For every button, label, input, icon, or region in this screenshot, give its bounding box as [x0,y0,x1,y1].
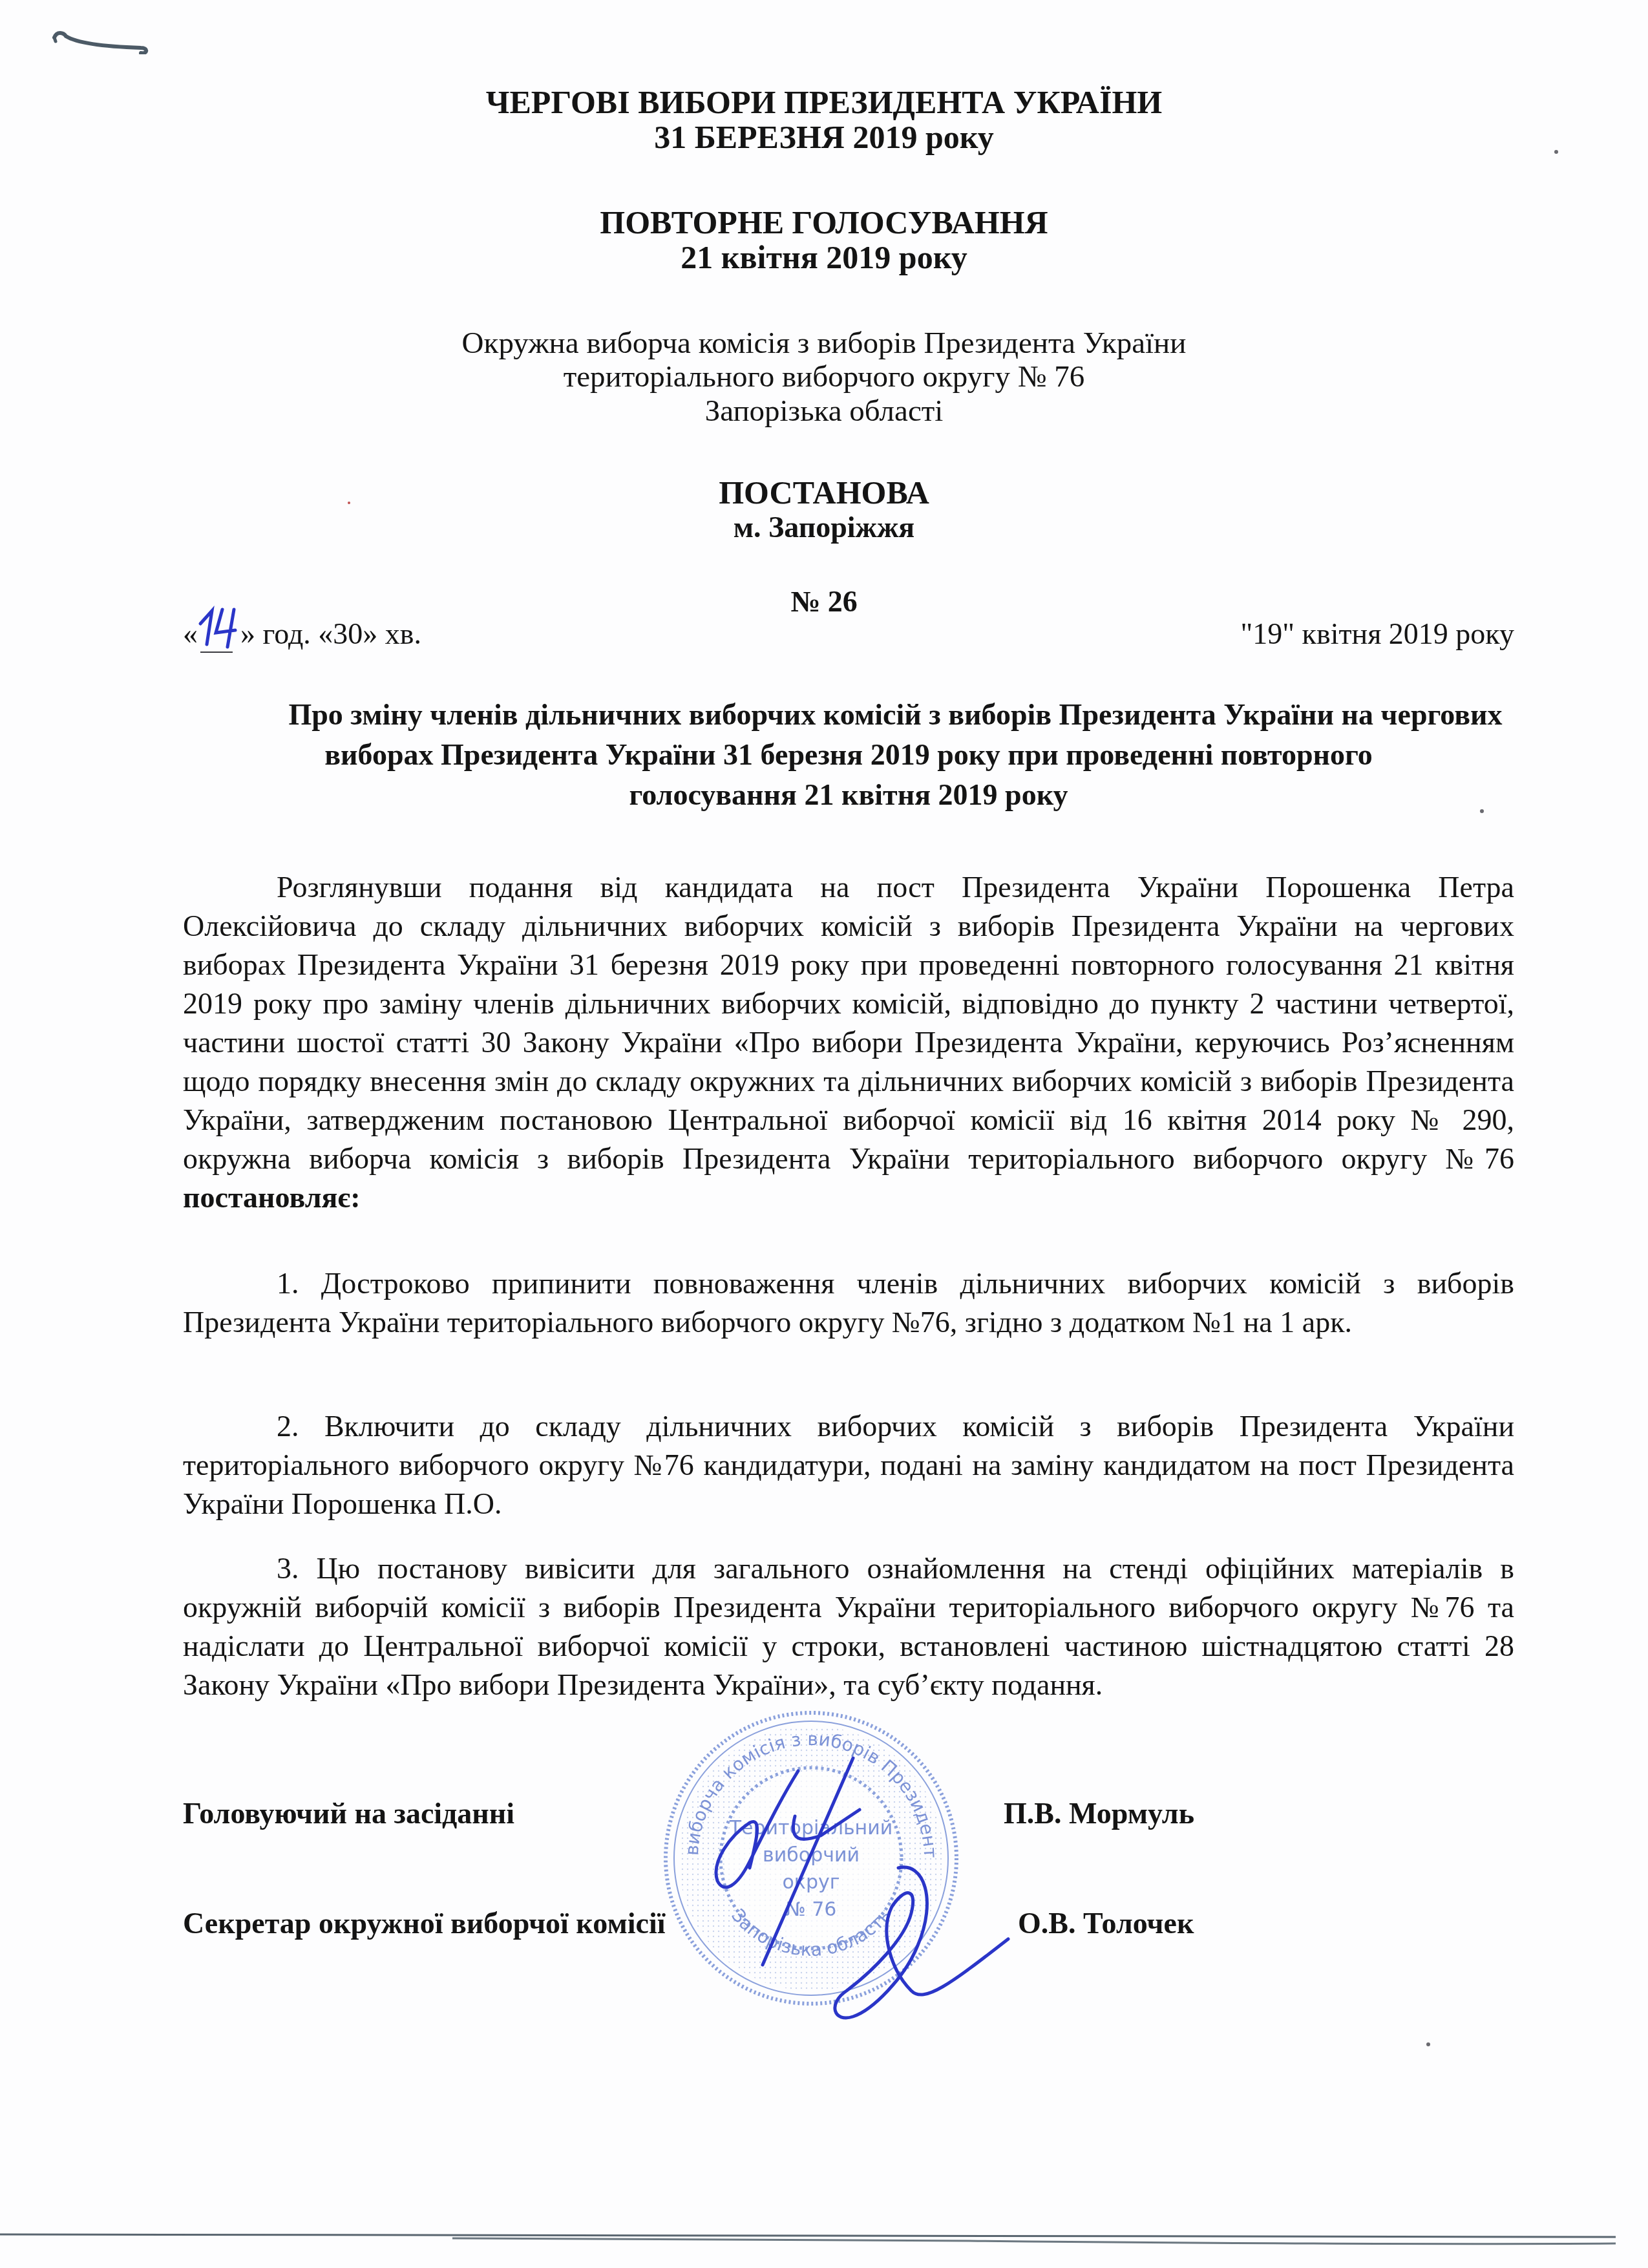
resolution-item-2: 2. Включити до складу дільничних виборчи… [183,1407,1514,1523]
resolves-keyword: постановляє: [183,1181,361,1214]
scan-speck [1426,2042,1430,2046]
scan-speck [348,502,350,504]
chair-name: П.В. Мормуль [1004,1797,1194,1830]
resolution-item-1: 1. Достроково припинити повноваження чле… [183,1264,1514,1342]
preamble-paragraph: Розглянувши подання від кандидата на пос… [183,868,1514,1217]
decree-subject: Про зміну членів дільничних виборчих ком… [183,695,1514,815]
handwritten-14-icon [198,604,243,656]
subject-line-3: голосування 21 квітня 2019 року [183,775,1514,815]
preamble-text: Розглянувши подання від кандидата на пос… [183,871,1514,1175]
subject-line-1: Про зміну членів дільничних виборчих ком… [288,698,1373,731]
chair-label: Головуючий на засіданні [183,1797,514,1830]
staple-icon [50,28,151,54]
election-title: ЧЕРГОВІ ВИБОРИ ПРЕЗИДЕНТА УКРАЇНИ [0,85,1648,119]
commission-region: Запорізька області [0,394,1648,428]
time-rest: » год. «30» хв. [240,617,421,650]
secretary-signature-icon [801,1861,1021,2036]
decree-time: «» год. «30» хв. [183,617,421,651]
commission-name: Окружна виборча комісія з виборів Презид… [0,326,1648,360]
election-date: 31 БЕРЕЗНЯ 2019 року [0,120,1648,154]
runoff-title: ПОВТОРНЕ ГОЛОСУВАННЯ [0,206,1648,239]
resolution-item-3: 3. Цю постанову вивісити для загального … [183,1549,1514,1704]
decree-number: № 26 [0,585,1648,619]
runoff-date: 21 квітня 2019 року [0,240,1648,274]
scan-speck [1554,150,1558,154]
time-open-quote: « [183,617,198,650]
commission-district: територіального виборчого округу № 76 [0,360,1648,394]
page-bottom-edge [0,2233,1616,2246]
scanned-document-page: ЧЕРГОВІ ВИБОРИ ПРЕЗИДЕНТА УКРАЇНИ 31 БЕР… [0,0,1648,2268]
decree-date: "19" квітня 2019 року [1241,617,1514,651]
scan-speck [1480,809,1484,813]
secretary-name: О.В. Толочек [1018,1907,1194,1940]
decree-city: м. Запоріжжя [0,511,1648,544]
decree-type: ПОСТАНОВА [0,476,1648,509]
secretary-label: Секретар окружної виборчої комісії [183,1907,665,1940]
handwritten-hour [198,617,240,651]
